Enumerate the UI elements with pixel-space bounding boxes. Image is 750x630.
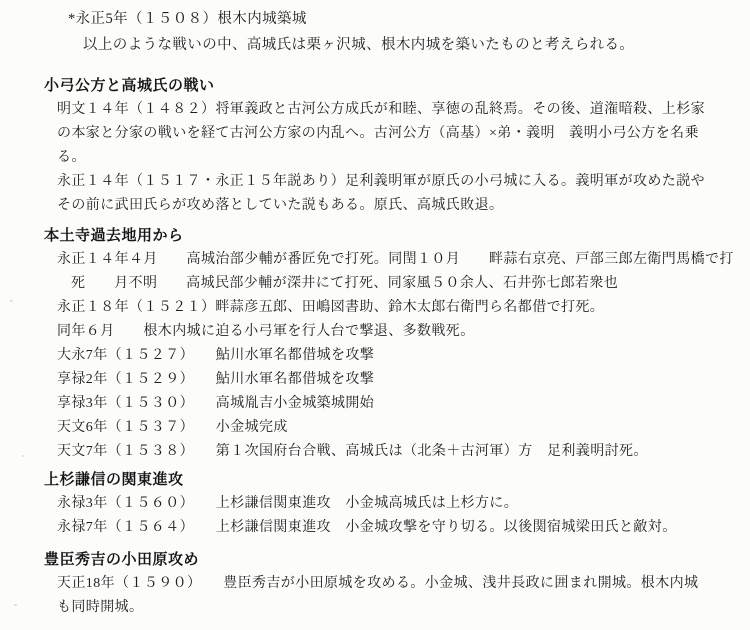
timeline-line: 天文7年（１５３８） 第１次国府台合戦、高城氏は（北条＋古河軍）方 足利義明討死… (0, 440, 750, 464)
section-heading: 豊臣秀吉の小田原攻め (0, 548, 750, 572)
scan-speck (10, 300, 13, 302)
scan-speck (14, 604, 17, 606)
document-page: *永正5年（１５０８）根木内城築城 以上のような戦いの中、高城氏は栗ヶ沢城、根木… (0, 0, 750, 630)
section-heading: 小弓公方と高城氏の戦い (0, 74, 750, 98)
note-line-castle-built: *永正5年（１５０８）根木内城築城 (0, 6, 750, 32)
text-line: 明文１４年（１４８２）将軍義政と古河公方成氏が和睦、享徳の乱終焉。その後、道潅暗… (0, 98, 750, 122)
timeline-line: 天文6年（１５３７） 小金城完成 (0, 416, 750, 440)
text-line: その前に武田氏らが攻め落としていた説もある。原氏、高城氏敗退。 (0, 194, 750, 218)
timeline-line: 同年６月 根木内城に迫る小弓軍を行人台で撃退、多数戦死。 (0, 320, 750, 344)
section-hideyoshi-odawara: 豊臣秀吉の小田原攻め 天正18年（１５９０） 豊臣秀吉が小田原城を攻める。小金城… (0, 548, 750, 620)
timeline-line: 永正１８年（１５２１）畔蒜彦五郎、田嶋図書助、鈴木太郎右衛門ら名都借で打死。 (0, 296, 750, 320)
timeline-line: 永正１４年４月 高城治部少輔が番匠免で打死。同閏１０月 畔蒜右京亮、戸部三郎左衛… (0, 248, 750, 272)
section-hondoji-register: 本土寺過去地用から 永正１４年４月 高城治部少輔が番匠免で打死。同閏１０月 畔蒜… (0, 224, 750, 464)
text-line: 永正１４年（１５１７・永正１５年説あり）足利義明軍が原氏の小弓城に入る。義明軍が… (0, 170, 750, 194)
section-heading: 上杉謙信の関東進攻 (0, 468, 750, 492)
top-note: *永正5年（１５０８）根木内城築城 以上のような戦いの中、高城氏は栗ヶ沢城、根木… (0, 6, 750, 58)
text-line: る。 (0, 146, 750, 170)
note-line-summary: 以上のような戦いの中、高城氏は栗ヶ沢城、根木内城を築いたものと考えられる。 (0, 32, 750, 58)
section-heading: 本土寺過去地用から (0, 224, 750, 248)
text-line: の本家と分家の戦いを経て古河公方家の内乱へ。古河公方（高基）×弟・義明 義明小弓… (0, 122, 750, 146)
timeline-line-continuation: 死 月不明 高城民部少輔が深井にて打死、同家風５０余人、石井弥七郎若衆也 (0, 272, 750, 296)
scan-speck (22, 455, 24, 457)
timeline-line: 永禄3年（１５６０） 上杉謙信関東進攻 小金城高城氏は上杉方に。 (0, 492, 750, 516)
timeline-line: 永禄7年（１５６４） 上杉謙信関東進攻 小金城攻撃を守り切る。以後関宿城梁田氏と… (0, 516, 750, 540)
timeline-line: 享禄2年（１５２９） 鮎川水軍名都借城を攻撃 (0, 368, 750, 392)
section-uesugi-kenshin: 上杉謙信の関東進攻 永禄3年（１５６０） 上杉謙信関東進攻 小金城高城氏は上杉方… (0, 468, 750, 540)
timeline-line: 大永7年（１５２７） 鮎川水軍名都借城を攻撃 (0, 344, 750, 368)
section-oyumi-kubo-battle: 小弓公方と高城氏の戦い 明文１４年（１４８２）将軍義政と古河公方成氏が和睦、享徳… (0, 74, 750, 218)
timeline-line: 天正18年（１５９０） 豊臣秀吉が小田原城を攻める。小金城、浅井長政に囲まれ開城… (0, 572, 750, 596)
timeline-line: 享禄3年（１５３０） 高城胤吉小金城築城開始 (0, 392, 750, 416)
timeline-line-continuation: も同時開城。 (0, 596, 750, 620)
